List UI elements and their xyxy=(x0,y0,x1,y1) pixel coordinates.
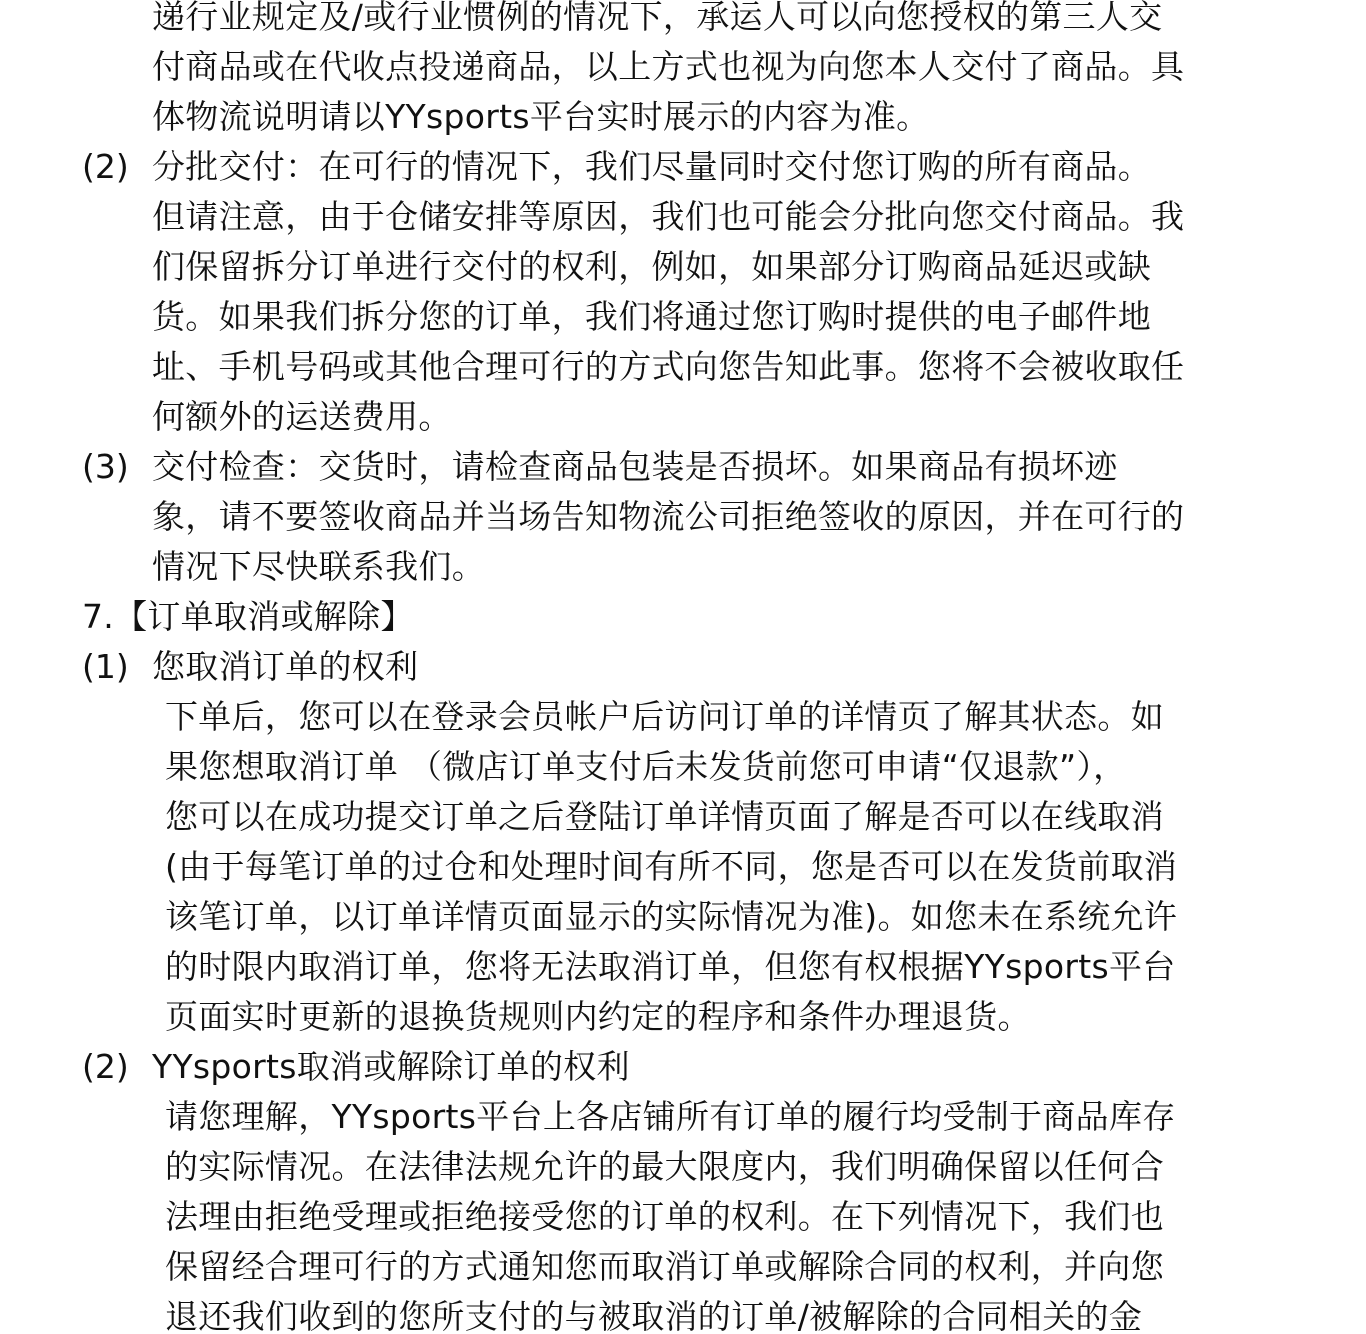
paragraph-line: 该笔订单，以订单详情页面显示的实际情况为准)。如您未在系统允许 xyxy=(165,892,1177,942)
paragraph-line: 下单后，您可以在登录会员帐户后访问订单的详情页了解其状态。如 xyxy=(165,692,1164,742)
subsection-title: 您取消订单的权利 xyxy=(152,642,418,692)
paragraph-line: 退还我们收到的您所支付的与被取消的订单/被解除的合同相关的金 xyxy=(165,1292,1142,1334)
paragraph-line: 页面实时更新的退换货规则内约定的程序和条件办理退货。 xyxy=(165,992,1031,1042)
paragraph-line: 但请注意，由于仓储安排等原因，我们也可能会分批向您交付商品。我 xyxy=(152,192,1184,242)
paragraph-line: 们保留拆分订单进行交付的权利，例如，如果部分订购商品延迟或缺 xyxy=(152,242,1151,292)
paragraph-line: 请您理解，YYsports平台上各店铺所有订单的履行均受制于商品库存 xyxy=(165,1092,1176,1142)
subsection-title: YYsports取消或解除订单的权利 xyxy=(152,1042,630,1092)
paragraph-line: 付商品或在代收点投递商品，以上方式也视为向您本人交付了商品。具 xyxy=(152,42,1184,92)
paragraph-line: 递行业规定及/或行业惯例的情况下，承运人可以向您授权的第三人交 xyxy=(152,0,1162,42)
paragraph-line: 货。如果我们拆分您的订单，我们将通过您订购时提供的电子邮件地 xyxy=(152,292,1151,342)
paragraph-line: 象，请不要签收商品并当场告知物流公司拒绝签收的原因，并在可行的 xyxy=(152,492,1184,542)
item-number: (3) xyxy=(82,442,129,492)
item-number: (2) xyxy=(82,1042,129,1092)
paragraph-line: 体物流说明请以YYsports平台实时展示的内容为准。 xyxy=(152,92,929,142)
paragraph-line: 交付检查：交货时，请检查商品包装是否损坏。如果商品有损坏迹 xyxy=(152,442,1118,492)
paragraph-line: 情况下尽快联系我们。 xyxy=(152,542,485,592)
paragraph-line: 的实际情况。在法律法规允许的最大限度内，我们明确保留以任何合 xyxy=(165,1142,1164,1192)
paragraph-line: 何额外的运送费用。 xyxy=(152,392,452,442)
paragraph-line: (由于每笔订单的过仓和处理时间有所不同，您是否可以在发货前取消 xyxy=(165,842,1177,892)
item-number: (2) xyxy=(82,142,129,192)
paragraph-line: 的时限内取消订单，您将无法取消订单，但您有权根据YYsports平台 xyxy=(165,942,1176,992)
paragraph-line: 分批交付：在可行的情况下，我们尽量同时交付您订购的所有商品。 xyxy=(152,142,1151,192)
paragraph-line: 果您想取消订单 （微店订单支付后未发货前您可申请“仅退款”）， xyxy=(165,742,1126,792)
paragraph-line: 保留经合理可行的方式通知您而取消订单或解除合同的权利，并向您 xyxy=(165,1242,1164,1292)
paragraph-line: 址、手机号码或其他合理可行的方式向您告知此事。您将不会被收取任 xyxy=(152,342,1184,392)
paragraph-line: 法理由拒绝受理或拒绝接受您的订单的权利。在下列情况下，我们也 xyxy=(165,1192,1164,1242)
paragraph-line: 您可以在成功提交订单之后登陆订单详情页面了解是否可以在线取消 xyxy=(165,792,1164,842)
section-heading: 7.【订单取消或解除】 xyxy=(82,592,414,642)
item-number: (1) xyxy=(82,642,129,692)
